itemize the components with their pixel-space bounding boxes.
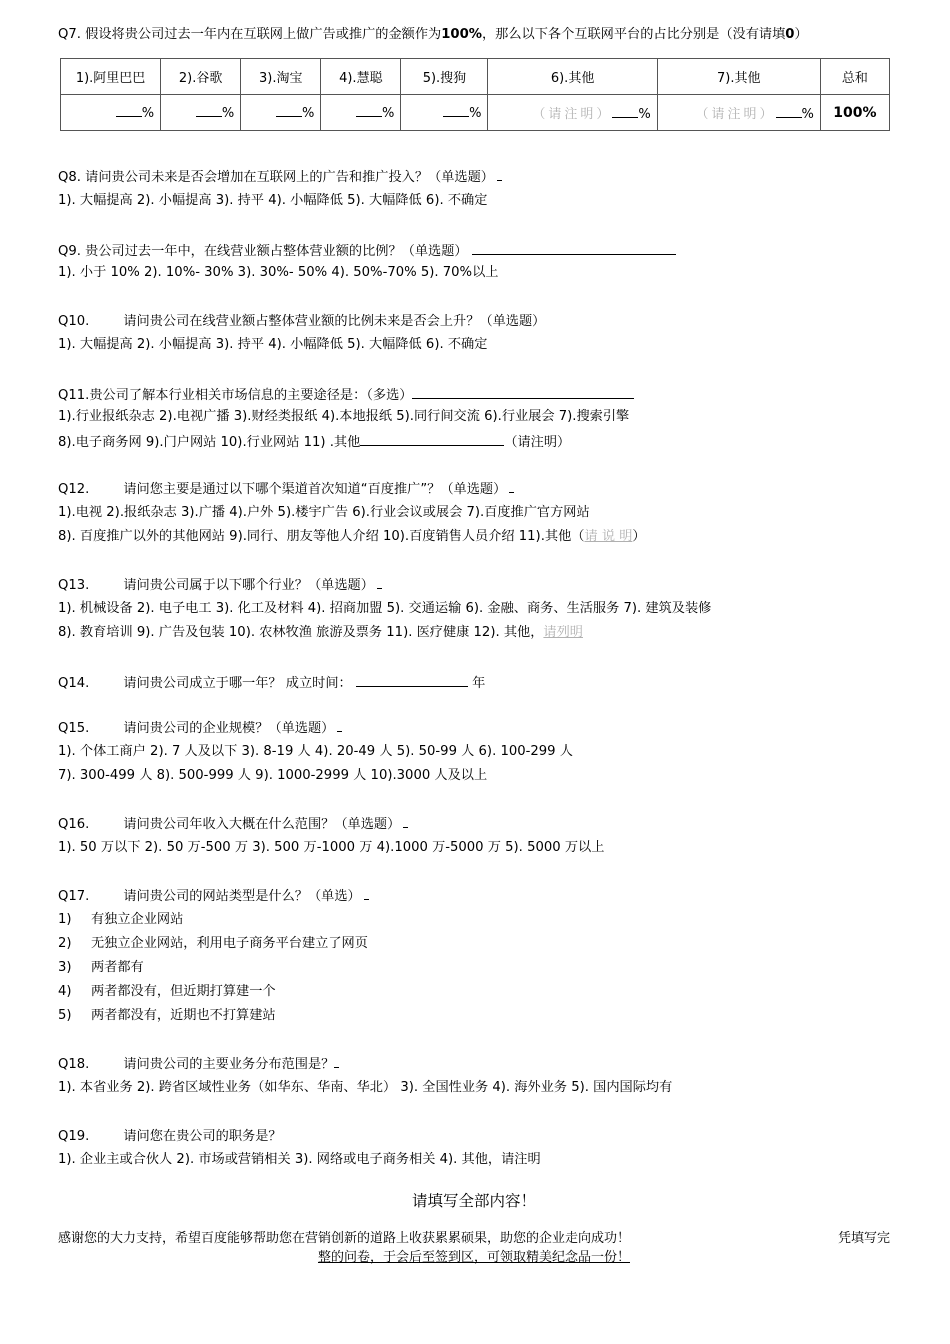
table-header-row: 1).阿里巴巴 2).谷歌 3).淘宝 4).慧聪 5).搜狗 6).其他 7)…	[61, 59, 890, 95]
option-number: 5)	[58, 1007, 91, 1025]
q12-question: Q12.请问您主要是通过以下哪个渠道首次知道“百度推广”？（单选题）	[58, 481, 514, 499]
option-label: 有独立企业网站	[91, 912, 183, 927]
q14-title: 请问贵公司成立于哪一年？ 成立时间：	[123, 676, 351, 691]
fill-all-reminder: 请填写全部内容！	[58, 1189, 890, 1211]
total-value: 100%	[820, 95, 889, 131]
option-label: 两者都有	[91, 960, 144, 975]
q7-close: ）	[794, 27, 807, 42]
option-number: 2)	[58, 935, 91, 953]
q14-question: Q14.请问贵公司成立于哪一年？ 成立时间： 年	[58, 673, 485, 693]
q13-question: Q13.请问贵公司属于以下哪个行业？（单选题）	[58, 577, 382, 595]
q13-options-text: 8). 教育培训 9). 广告及包装 10). 农林牧渔 旅游及票务 11). …	[58, 625, 543, 640]
q17-title: 请问贵公司的网站类型是什么？（单选）	[123, 889, 360, 904]
thanks-message: 感谢您的大力支持，希望百度能够帮助您在营销创新的道路上收获累累硕果，助您的企业走…	[58, 1229, 890, 1248]
option-label: 两者都没有，但近期打算建一个	[91, 984, 276, 999]
q19-question: Q19.请问您在贵公司的职务是？	[58, 1128, 282, 1146]
thanks-message-line2: 整的问卷，于会后至签到区，可领取精美纪念品一份！	[58, 1248, 890, 1267]
pct-sign: %	[142, 106, 154, 121]
q17-option-2: 2)无独立企业网站，利用电子商务平台建立了网页	[58, 935, 368, 953]
q17-option-4: 4)两者都没有，但近期打算建一个	[58, 983, 276, 1001]
q13-number: Q13.	[58, 578, 89, 593]
pct-field-taobao[interactable]: %	[241, 95, 321, 131]
header-alibaba: 1).阿里巴巴	[61, 59, 161, 95]
q12-options-line1: 1).电视 2).报纸杂志 3).广播 4).户外 5).楼宇广告 6).行业会…	[58, 504, 590, 522]
q12-title: 请问您主要是通过以下哪个渠道首次知道“百度推广”？（单选题）	[123, 482, 506, 497]
header-other-6: 6).其他	[488, 59, 657, 95]
pct-field-google[interactable]: %	[161, 95, 241, 131]
q11-options-line1: 1).行业报纸杂志 2).电视广播 3).财经类报纸 4).本地报纸 5).同行…	[58, 408, 629, 426]
q15-answer-blank[interactable]	[337, 720, 342, 732]
q13-title: 请问贵公司属于以下哪个行业？（单选题）	[123, 578, 374, 593]
option-number: 3)	[58, 959, 91, 977]
q17-number: Q17.	[58, 889, 89, 904]
q13-answer-blank[interactable]	[377, 577, 382, 589]
header-taobao: 3).淘宝	[241, 59, 321, 95]
q18-question: Q18.请问贵公司的主要业务分布范围是？	[58, 1056, 339, 1074]
q19-options: 1). 企业主或合伙人 2). 市场或营销相关 3). 网络或电子商务相关 4)…	[58, 1151, 541, 1169]
q17-question: Q17.请问贵公司的网站类型是什么？（单选）	[58, 888, 369, 906]
q16-number: Q16.	[58, 817, 89, 832]
q15-title: 请问贵公司的企业规模？（单选题）	[123, 721, 334, 736]
q8-answer-blank[interactable]	[497, 169, 502, 181]
q14-number: Q14.	[58, 676, 89, 691]
q19-title: 请问您在贵公司的职务是？	[123, 1129, 281, 1144]
q15-question: Q15.请问贵公司的企业规模？（单选题）	[58, 720, 342, 738]
pct-sign: %	[302, 106, 314, 121]
q12-number: Q12.	[58, 482, 89, 497]
q17-option-5: 5)两者都没有，近期也不打算建站	[58, 1007, 276, 1025]
option-label: 两者都没有，近期也不打算建站	[91, 1008, 276, 1023]
q17-answer-blank[interactable]	[364, 888, 369, 900]
q13-options-line1: 1). 机械设备 2). 电子电工 3). 化工及材料 4). 招商加盟 5).…	[58, 600, 711, 618]
q15-options-line2: 7). 300-499 人 8). 500-999 人 9). 1000-299…	[58, 767, 487, 785]
q11-answer-blank[interactable]	[412, 385, 634, 399]
option-number: 4)	[58, 983, 91, 1001]
thanks-line1-end: 凭填写完	[698, 1229, 890, 1248]
header-total: 总和	[820, 59, 889, 95]
header-sogou: 5).搜狗	[401, 59, 488, 95]
q14-suffix: 年	[472, 676, 485, 691]
q12-options-text: 8). 百度推广以外的其他网站 9).同行、朋友等他人介绍 10).百度销售人员…	[58, 529, 584, 544]
pct-sign: %	[802, 107, 814, 122]
q12-options-line2: 8). 百度推广以外的其他网站 9).同行、朋友等他人介绍 10).百度销售人员…	[58, 528, 646, 546]
q11-options-text: 8).电子商务网 9).门户网站 10).行业网站 11) .其他	[58, 435, 360, 450]
q11-options-line2: 8).电子商务网 9).门户网站 10).行业网站 11) .其他（请注明）	[58, 432, 570, 452]
option-number: 1)	[58, 911, 91, 929]
q9-answer-blank[interactable]	[472, 241, 676, 255]
q10-number: Q10.	[58, 314, 89, 329]
q11-other-blank[interactable]	[360, 432, 504, 446]
q15-options-line1: 1). 个体工商户 2). 7 人及以下 3). 8-19 人 4). 20-4…	[58, 743, 573, 761]
pct-sign: %	[222, 106, 234, 121]
table-value-row: % % % % % （请注明）% （请注明）% 100%	[61, 95, 890, 131]
q7-number: Q7.	[58, 27, 81, 42]
q13-other-field[interactable]: 请列明	[543, 625, 583, 640]
header-hc360: 4).慧聪	[321, 59, 401, 95]
q13-options-line2: 8). 教育培训 9). 广告及包装 10). 农林牧渔 旅游及票务 11). …	[58, 624, 583, 642]
pct-field-other-6[interactable]: （请注明）%	[488, 95, 657, 131]
q12-other-field[interactable]: 请 说 明	[584, 529, 632, 544]
pct-field-sogou[interactable]: %	[401, 95, 488, 131]
q18-number: Q18.	[58, 1057, 89, 1072]
pct-field-hc360[interactable]: %	[321, 95, 401, 131]
q8-title: Q8. 请问贵公司未来是否会增加在互联网上的广告和推广投入？（单选题）	[58, 170, 494, 185]
q16-title: 请问贵公司年收入大概在什么范围？（单选题）	[123, 817, 400, 832]
q8-question: Q8. 请问贵公司未来是否会增加在互联网上的广告和推广投入？（单选题）	[58, 169, 502, 187]
header-google: 2).谷歌	[161, 59, 241, 95]
q11-title: Q11.贵公司了解本行业相关市场信息的主要途径是：（多选）	[58, 388, 412, 403]
q12-close: ）	[632, 529, 645, 544]
header-other-7: 7).其他	[657, 59, 820, 95]
q12-answer-blank[interactable]	[509, 481, 514, 493]
q7-question: Q7. 假设将贵公司过去一年内在互联网上做广告或推广的金额作为100%，那么以下…	[58, 26, 808, 44]
q18-answer-blank[interactable]	[334, 1056, 339, 1068]
founding-year-field[interactable]	[356, 673, 468, 687]
q17-option-3: 3)两者都有	[58, 959, 144, 977]
q16-answer-blank[interactable]	[403, 816, 408, 828]
thanks-line1: 感谢您的大力支持，希望百度能够帮助您在营销创新的道路上收获累累硕果，助您的企业走…	[58, 1229, 698, 1248]
q7-allocation-table: 1).阿里巴巴 2).谷歌 3).淘宝 4).慧聪 5).搜狗 6).其他 7)…	[60, 58, 890, 131]
q10-options: 1). 大幅提高 2). 小幅提高 3). 持平 4). 小幅降低 5). 大幅…	[58, 336, 487, 354]
pct-sign: %	[469, 106, 481, 121]
q18-title: 请问贵公司的主要业务分布范围是？	[123, 1057, 334, 1072]
option-label: 无独立企业网站，利用电子商务平台建立了网页	[91, 936, 368, 951]
pct-sign: %	[382, 106, 394, 121]
thanks-line2: 整的问卷，于会后至签到区，可领取精美纪念品一份！	[318, 1250, 630, 1265]
q11-note: （请注明）	[504, 435, 570, 450]
pct-sign: %	[638, 107, 650, 122]
q8-options: 1). 大幅提高 2). 小幅提高 3). 持平 4). 小幅降低 5). 大幅…	[58, 192, 487, 210]
pct-field-other-7[interactable]: （请注明）%	[657, 95, 820, 131]
q18-options: 1). 本省业务 2). 跨省区域性业务（如华东、华南、华北） 3). 全国性业…	[58, 1079, 672, 1097]
q10-title: 请问贵公司在线营业额占整体营业额的比例未来是否会上升？（单选题）	[123, 314, 545, 329]
q10-question: Q10.请问贵公司在线营业额占整体营业额的比例未来是否会上升？（单选题）	[58, 313, 545, 331]
q7-text-after: ，那么以下各个互联网平台的占比分别是（没有请填	[482, 27, 785, 42]
pct-field-alibaba[interactable]: %	[61, 95, 161, 131]
q9-question: Q9. 贵公司过去一年中，在线营业额占整体营业额的比例？（单选题）	[58, 241, 676, 261]
q9-title: Q9. 贵公司过去一年中，在线营业额占整体营业额的比例？（单选题）	[58, 244, 468, 259]
q9-options: 1). 小于 10% 2). 10%- 30% 3). 30%- 50% 4).…	[58, 264, 498, 282]
q15-number: Q15.	[58, 721, 89, 736]
q16-question: Q16.请问贵公司年收入大概在什么范围？（单选题）	[58, 816, 408, 834]
note-hint: （请注明）	[696, 107, 776, 122]
q16-options: 1). 50 万以下 2). 50 万-500 万 3). 500 万-1000…	[58, 839, 604, 857]
q7-text: 假设将贵公司过去一年内在互联网上做广告或推广的金额作为	[85, 27, 441, 42]
q17-option-1: 1)有独立企业网站	[58, 911, 183, 929]
note-hint: （请注明）	[532, 107, 612, 122]
q7-bold-pct: 100%	[441, 27, 482, 42]
q11-question: Q11.贵公司了解本行业相关市场信息的主要途径是：（多选）	[58, 385, 634, 405]
q19-number: Q19.	[58, 1129, 89, 1144]
